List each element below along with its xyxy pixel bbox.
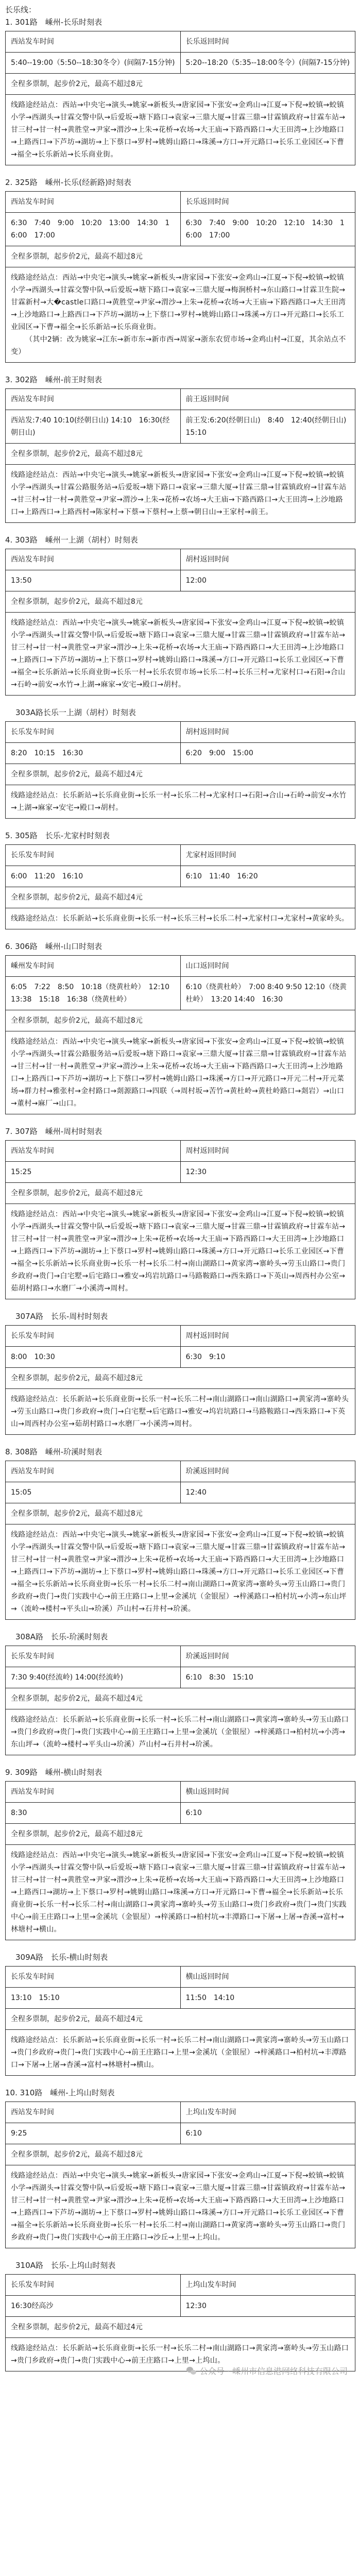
departure-header: 西站发车时间 bbox=[6, 192, 181, 213]
times-row: 西站发:7:40 10:10(经朝日山) 14:10 16:30(经朝日山) 前… bbox=[6, 410, 355, 444]
departure-header: 西站发车时间 bbox=[6, 1461, 181, 1482]
route-section-6: 5. 305路 长乐-尤家村时刻表 长乐发车时间 尤家村返回时间 6:00 11… bbox=[5, 830, 354, 929]
fare-row: 全程多票制，起步价2元，最高不超过8元 bbox=[6, 1183, 355, 1204]
stops-row: 线路途经站点：西站→中央宅→演头→姚家→新板头→唐家园→下张安→金鸡山→江夏→下… bbox=[6, 1031, 355, 1114]
return-header: 横山返回时间 bbox=[180, 1967, 355, 1988]
route-note: （其中2辆：改为姚家→江东→新市东→新市西→周家→浙东农贸市场→金鸡山村→江夏，… bbox=[11, 333, 350, 358]
route-stops: 线路途经站点：长乐新站→长乐商业街→长乐一村→长乐二村→南山湖路口→南山湖路口→… bbox=[6, 1389, 355, 1435]
stops-row: 线路途经站点：西站→中央宅→演头→姚家→新板头→唐家园→下张安→金鸡山→江夏→下… bbox=[6, 613, 355, 696]
departure-times: 西站发:7:40 10:10(经朝日山) 14:10 16:30(经朝日山) bbox=[6, 410, 181, 444]
fare-info: 全程多票制，起步价2元，最高不超过4元 bbox=[6, 887, 355, 908]
route-stops: 线路途经站点：西站→中央宅→演头→姚家→新板头→唐家园→下张安→金鸡山→江夏→下… bbox=[6, 95, 355, 165]
route-title: 7. 307路 嵊州-周村时刻表 bbox=[5, 1126, 354, 1137]
route-section-1: 1. 301路 嵊州-长乐时刻表 西站发车时间 长乐返回时间 5:40--19:… bbox=[5, 16, 354, 165]
route-stops: 线路途经站点：长乐新站→长乐商业街→长乐一村→长乐二村→南山湖路口→黄家湾→寨岭… bbox=[6, 2030, 355, 2076]
stops-row: 线路途经站点：西站→中央宅→演头→姚家→新板头→唐家园→下张安→金鸡山→江夏→下… bbox=[6, 267, 355, 363]
stops-row: 线路途经站点：西站→中央宅→演头→姚家→新板头→唐家园→下张安→金鸡山→江夏→下… bbox=[6, 465, 355, 523]
departure-header: 长乐发车时间 bbox=[6, 1967, 181, 1988]
stops-row: 线路途经站点：长乐新站→长乐商业街→长乐一村→长乐二村→南山湖路口→黄家湾→寨岭… bbox=[6, 2030, 355, 2076]
times-row: 15:25 12:30 bbox=[6, 1162, 355, 1183]
route-stops: 线路途经站点：长乐新站→长乐商业街→长乐一村→长乐二村→尤家村口→石阳→合山→石… bbox=[6, 785, 355, 819]
fare-row: 全程多票制，起步价2元，最高不超过4元 bbox=[6, 2317, 355, 2338]
departure-times: 8:20 10:15 16:30 bbox=[6, 743, 181, 764]
timetable: 西站发车时间 横山返回时间 8:30 6:10 全程多票制，起步价2元，最高不超… bbox=[5, 1781, 355, 1940]
departure-header: 长乐发车时间 bbox=[6, 1646, 181, 1667]
stops-row: 线路途经站点：西站→中央宅→演头→姚家→新板头→唐家园→下张安→金鸡山→江夏→下… bbox=[6, 95, 355, 165]
fare-info: 全程多票制，起步价2元，最高不超过8元 bbox=[6, 2144, 355, 2165]
departure-times: 7:30 9:40(经流岭) 14:00(经流岭) bbox=[6, 1667, 181, 1688]
route-section-10: 8. 308路 嵊州-玠溪时刻表 西站发车时间 玠溪返回时间 15:05 12:… bbox=[5, 1446, 354, 1620]
fare-info: 全程多票制，起步价2元，最高不超过4元 bbox=[6, 2317, 355, 2338]
departure-times: 6:30 7:40 9:00 10:20 13:00 14:30 16:00 1… bbox=[6, 213, 181, 246]
times-row: 8:00 10:30 6:30 9:10 bbox=[6, 1347, 355, 1368]
route-section-2: 2. 325路 嵊州-长乐(经新路)时刻表 西站发车时间 长乐返回时间 6:30… bbox=[5, 177, 354, 363]
route-title: 1. 301路 嵊州-长乐时刻表 bbox=[5, 16, 354, 28]
departure-times: 9:25 bbox=[6, 2123, 181, 2144]
departure-header: 西站发车时间 bbox=[6, 1782, 181, 1803]
fare-info: 全程多票制，起步价2元，最高不超过4元 bbox=[6, 1688, 355, 1709]
return-times: 6:10 8:30 15:10 bbox=[180, 1667, 355, 1688]
fare-info: 全程多票制，起步价2元，最高不超过8元 bbox=[6, 1010, 355, 1031]
return-times: 5:20--18:20（5:35--18:00冬令）(间隔7-15分钟) bbox=[180, 53, 355, 74]
departure-times: 6:05 7:22 8:50 10:18（绕黄杜岭） 12:10 13:38 1… bbox=[6, 977, 181, 1010]
departure-times: 5:40--19:00（5:50--18:30冬令）(间隔7-15分钟) bbox=[6, 53, 181, 74]
times-row: 16:30经高沙 12:30 bbox=[6, 2296, 355, 2317]
return-times: 12:30 bbox=[180, 1162, 355, 1183]
route-section-5: 303A路长乐一上湖（胡村）时刻表 长乐发车时间 胡村返回时间 8:20 10:… bbox=[5, 707, 354, 819]
return-header: 横山返回时间 bbox=[180, 1782, 355, 1803]
return-header: 上坞山发车时间 bbox=[180, 2275, 355, 2296]
fare-info: 全程多票制，起步价2元，最高不超过8元 bbox=[6, 74, 355, 95]
route-stops: 线路途经站点：长乐新站→长乐商业街→长乐一村→长乐二村→南山湖路口→黄家湾→寨岭… bbox=[6, 1709, 355, 1755]
departure-times: 13:50 bbox=[6, 570, 181, 591]
departure-header: 西站发车时间 bbox=[6, 1141, 181, 1162]
fare-info: 全程多票制，起步价2元，最高不超过4元 bbox=[6, 764, 355, 785]
stops-row: 线路途经站点：长乐新站→长乐商业街→长乐一村→长乐二村→南山湖路口→南山湖路口→… bbox=[6, 1389, 355, 1435]
fare-row: 全程多票制，起步价2元，最高不超过4元 bbox=[6, 2009, 355, 2030]
fare-row: 全程多票制，起步价2元，最高不超过8元 bbox=[6, 1010, 355, 1031]
timetable: 嵊州发车时间 山口返回时间 6:05 7:22 8:50 10:18（绕黄杜岭）… bbox=[5, 955, 355, 1114]
fare-row: 全程多票制，起步价2元，最高不超过8元 bbox=[6, 591, 355, 613]
times-row: 6:30 7:40 9:00 10:20 13:00 14:30 16:00 1… bbox=[6, 213, 355, 246]
route-title: 4. 303路 嵊州一上湖（胡村）时刻表 bbox=[5, 534, 354, 546]
route-title: 303A路长乐一上湖（胡村）时刻表 bbox=[5, 707, 354, 718]
stops-row: 线路途经站点：西站→中央宅→演头→姚家→新板头→唐家园→下张安→金鸡山→江夏→下… bbox=[6, 1845, 355, 1940]
route-list: 1. 301路 嵊州-长乐时刻表 西站发车时间 长乐返回时间 5:40--19:… bbox=[5, 16, 354, 2371]
route-stops: 线路途经站点：西站→中央宅→演头→姚家→新板头→唐家园→下张安→金鸡山→江夏→下… bbox=[6, 1845, 355, 1940]
fare-info: 全程多票制，起步价2元，最高不超过8元 bbox=[6, 591, 355, 613]
header-row: 长乐发车时间 尤家村返回时间 bbox=[6, 845, 355, 866]
return-header: 胡村返回时间 bbox=[180, 549, 355, 570]
fare-row: 全程多票制，起步价2元，最高不超过8元 bbox=[6, 1368, 355, 1389]
return-header: 玠溪返回时间 bbox=[180, 1461, 355, 1482]
stops-text: 线路途经站点：西站→中央宅→演头→姚家→新板头→唐家园→下张安→金鸡山→江夏→下… bbox=[11, 1851, 347, 1934]
departure-times: 16:30经高沙 bbox=[6, 2296, 181, 2317]
fare-info: 全程多票制，起步价2元，最高不超过8元 bbox=[6, 1824, 355, 1845]
header-row: 西站发车时间 长乐返回时间 bbox=[6, 31, 355, 53]
stops-row: 线路途经站点：西站→中央宅→演头→姚家→新板头→唐家园→下张安→金鸡山→江夏→下… bbox=[6, 1204, 355, 1299]
times-row: 9:25 6:10 bbox=[6, 2123, 355, 2144]
header-row: 长乐发车时间 横山返回时间 bbox=[6, 1967, 355, 1988]
stops-text: 线路途经站点：西站→中央宅→演头→姚家→新板头→唐家园→下张安→金鸡山→江夏→下… bbox=[11, 1038, 347, 1108]
stops-row: 线路途经站点：长乐新站→长乐商业街→长乐一村→长乐二村→尤家村口→石阳→合山→石… bbox=[6, 785, 355, 819]
departure-times: 8:30 bbox=[6, 1803, 181, 1824]
route-stops: 线路途经站点：西站→中央宅→演头→姚家→新板头→唐家园→下张安→金鸡山→江夏→下… bbox=[6, 2165, 355, 2248]
route-section-15: 310A路 长乐-上坞山时刻表 长乐发车时间 上坞山发车时间 16:30经高沙 … bbox=[5, 2260, 354, 2371]
timetable: 长乐发车时间 尤家村返回时间 6:00 11:20 16:10 6:10 11:… bbox=[5, 844, 355, 929]
times-row: 6:00 11:20 16:10 6:10 11:40 16:20 bbox=[6, 866, 355, 887]
fare-info: 全程多票制，起步价2元，最高不超过8元 bbox=[6, 444, 355, 465]
header-row: 长乐发车时间 玠溪返回时间 bbox=[6, 1646, 355, 1667]
route-stops: 线路途经站点：西站→中央宅→演头→姚家→新板头→唐家园→下张安→金鸡山→江夏→下… bbox=[6, 1204, 355, 1299]
times-row: 13:10 15:10 11:50 14:10 bbox=[6, 1988, 355, 2009]
return-times: 6:10（绕黄杜岭） 7:00 8:40 9:50 12:10（绕黄杜岭） 13… bbox=[180, 977, 355, 1010]
stops-text: 线路途经站点：长乐新站→长乐商业街→长乐一村→长乐二村→南山湖路口→黄家湾→寨岭… bbox=[11, 2344, 349, 2365]
times-row: 8:30 6:10 bbox=[6, 1803, 355, 1824]
stops-text: 线路途经站点：长乐新站→长乐商业街→长乐一村→长乐二村→南山湖路口→南山湖路口→… bbox=[11, 1395, 349, 1428]
stops-row: 线路途经站点：西站→中央宅→演头→姚家→新板头→唐家园→下张安→金鸡山→江夏→下… bbox=[6, 2165, 355, 2248]
fare-info: 全程多票制，起步价2元，最高不超过8元 bbox=[6, 1503, 355, 1524]
header-row: 西站发车时间 玠溪返回时间 bbox=[6, 1461, 355, 1482]
stops-text: 线路途经站点：长乐新站→长乐商业街→长乐一村→长乐二村→尤家村口→石阳→合山→石… bbox=[11, 791, 347, 812]
route-section-4: 4. 303路 嵊州一上湖（胡村）时刻表 西站发车时间 胡村返回时间 13:50… bbox=[5, 534, 354, 696]
route-section-7: 6. 306路 嵊州-山口时刻表 嵊州发车时间 山口返回时间 6:05 7:22… bbox=[5, 941, 354, 1114]
route-stops: 线路途经站点：西站→中央宅→演头→姚家→新板头→唐家园→下张安→金鸡山→江夏→下… bbox=[6, 267, 355, 363]
route-stops: 线路途经站点：西站→中央宅→演头→姚家→新板头→唐家园→下张安→金鸡山→江夏→下… bbox=[6, 465, 355, 523]
fare-info: 全程多票制，起步价2元，最高不超过4元 bbox=[6, 2009, 355, 2030]
route-section-14: 10. 310路 嵊州-上坞山时刻表 西站发车时间 上坞山发车时间 9:25 6… bbox=[5, 2087, 354, 2248]
departure-header: 长乐发车时间 bbox=[6, 722, 181, 743]
route-title: 3. 302路 嵊州-前王时刻表 bbox=[5, 374, 354, 385]
departure-times: 6:00 11:20 16:10 bbox=[6, 866, 181, 887]
times-row: 8:20 10:15 16:30 6:20 9:00 15:00 bbox=[6, 743, 355, 764]
timetable: 西站发车时间 长乐返回时间 5:40--19:00（5:50--18:30冬令）… bbox=[5, 31, 355, 165]
departure-header: 西站发车时间 bbox=[6, 2102, 181, 2123]
return-header: 长乐返回时间 bbox=[180, 31, 355, 53]
header-row: 嵊州发车时间 山口返回时间 bbox=[6, 956, 355, 977]
section-heading: 长乐线： bbox=[5, 4, 354, 15]
route-section-13: 309A路 长乐-横山时刻表 长乐发车时间 横山返回时间 13:10 15:10… bbox=[5, 1952, 354, 2076]
departure-header: 西站发车时间 bbox=[6, 549, 181, 570]
route-stops: 线路途经站点：西站→中央宅→演头→姚家→新板头→唐家园→下张安→金鸡山→江夏→下… bbox=[6, 613, 355, 696]
route-title: 6. 306路 嵊州-山口时刻表 bbox=[5, 941, 354, 952]
return-times: 11:50 14:10 bbox=[180, 1988, 355, 2009]
return-times: 12:30 bbox=[180, 2296, 355, 2317]
header-row: 长乐发车时间 胡村返回时间 bbox=[6, 722, 355, 743]
return-times: 6:10 bbox=[180, 2123, 355, 2144]
stops-text: 线路途经站点：西站→中央宅→演头→姚家→新板头→唐家园→下张安→金鸡山→江夏→下… bbox=[11, 101, 345, 159]
route-section-3: 3. 302路 嵊州-前王时刻表 西站发车时间 前王返回时间 西站发:7:40 … bbox=[5, 374, 354, 523]
stops-text: 线路途经站点：西站→中央宅→演头→姚家→新板头→唐家园→下张安→金鸡山→江夏→下… bbox=[11, 274, 346, 331]
return-header: 胡村返回时间 bbox=[180, 722, 355, 743]
times-row: 5:40--19:00（5:50--18:30冬令）(间隔7-15分钟) 5:2… bbox=[6, 53, 355, 74]
fare-row: 全程多票制，起步价2元，最高不超过4元 bbox=[6, 764, 355, 785]
stops-row: 线路途经站点：西站→中央宅→演头→姚家→新板头→唐家园→下张安→金鸡山→江夏→下… bbox=[6, 1524, 355, 1620]
fare-row: 全程多票制，起步价2元，最高不超过8元 bbox=[6, 1503, 355, 1524]
stops-text: 线路途经站点：西站→中央宅→演头→姚家→新板头→唐家园→下张安→金鸡山→江夏→下… bbox=[11, 1531, 347, 1613]
header-row: 长乐发车时间 上坞山发车时间 bbox=[6, 2275, 355, 2296]
route-title: 308A路 长乐-玠溪时刻表 bbox=[5, 1631, 354, 1642]
departure-header: 长乐发车时间 bbox=[6, 845, 181, 866]
departure-times: 15:25 bbox=[6, 1162, 181, 1183]
header-row: 西站发车时间 周村返回时间 bbox=[6, 1141, 355, 1162]
route-stops: 线路途经站点：西站→中央宅→演头→姚家→新板头→唐家园→下张安→金鸡山→江夏→下… bbox=[6, 1031, 355, 1114]
route-section-12: 9. 309路 嵊州-横山时刻表 西站发车时间 横山返回时间 8:30 6:10… bbox=[5, 1767, 354, 1940]
timetable: 长乐发车时间 上坞山发车时间 16:30经高沙 12:30 全程多票制，起步价2… bbox=[5, 2274, 355, 2371]
route-title: 310A路 长乐-上坞山时刻表 bbox=[5, 2260, 354, 2271]
timetable: 西站发车时间 长乐返回时间 6:30 7:40 9:00 10:20 13:00… bbox=[5, 191, 355, 363]
return-times: 6:20 9:00 15:00 bbox=[180, 743, 355, 764]
fare-row: 全程多票制，起步价2元，最高不超过8元 bbox=[6, 1824, 355, 1845]
stops-row: 线路途经站点：长乐新站→长乐商业街→长乐一村→长乐二村→南山湖路口→黄家湾→寨岭… bbox=[6, 1709, 355, 1755]
watermark-text: 公众号 · 嵊州市信息港网络科技有限公司 bbox=[200, 2365, 348, 2377]
route-title: 9. 309路 嵊州-横山时刻表 bbox=[5, 1767, 354, 1778]
wechat-icon bbox=[186, 2367, 197, 2375]
route-section-8: 7. 307路 嵊州-周村时刻表 西站发车时间 周村返回时间 15:25 12:… bbox=[5, 1126, 354, 1299]
route-title: 8. 308路 嵊州-玠溪时刻表 bbox=[5, 1446, 354, 1458]
times-row: 6:05 7:22 8:50 10:18（绕黄杜岭） 12:10 13:38 1… bbox=[6, 977, 355, 1010]
watermark: 公众号 · 嵊州市信息港网络科技有限公司 bbox=[186, 2365, 348, 2377]
fare-row: 全程多票制，起步价2元，最高不超过8元 bbox=[6, 246, 355, 267]
fare-row: 全程多票制，起步价2元，最高不超过4元 bbox=[6, 887, 355, 908]
bus-timetable-document: 长乐线： 1. 301路 嵊州-长乐时刻表 西站发车时间 长乐返回时间 5:40… bbox=[0, 0, 359, 2388]
timetable: 长乐发车时间 胡村返回时间 8:20 10:15 16:30 6:20 9:00… bbox=[5, 721, 355, 819]
route-section-11: 308A路 长乐-玠溪时刻表 长乐发车时间 玠溪返回时间 7:30 9:40(经… bbox=[5, 1631, 354, 1755]
route-stops: 线路途经站点：长乐新站→长乐商业街→长乐一村→长乐三村→长乐二村→尤家村口→尤家… bbox=[6, 908, 355, 929]
stops-text: 线路途经站点：西站→中央宅→演头→姚家→新板头→唐家园→下张安→金鸡山→江夏→下… bbox=[11, 471, 347, 516]
return-times: 6:30 9:10 bbox=[180, 1347, 355, 1368]
return-times: 前王发:6:20(经朝日山) 8:40 12:40(经朝日山) 15:10 bbox=[180, 410, 355, 444]
route-title: 10. 310路 嵊州-上坞山时刻表 bbox=[5, 2087, 354, 2098]
departure-times: 8:00 10:30 bbox=[6, 1347, 181, 1368]
times-row: 13:50 12:00 bbox=[6, 570, 355, 591]
timetable: 西站发车时间 胡村返回时间 13:50 12:00 全程多票制，起步价2元，最高… bbox=[5, 549, 355, 696]
departure-times: 13:10 15:10 bbox=[6, 1988, 181, 2009]
departure-header: 西站发车时间 bbox=[6, 31, 181, 53]
header-row: 西站发车时间 上坞山发车时间 bbox=[6, 2102, 355, 2123]
stops-text: 线路途经站点：西站→中央宅→演头→姚家→新板头→唐家园→下张安→金鸡山→江夏→下… bbox=[11, 2172, 345, 2242]
return-header: 尤家村返回时间 bbox=[180, 845, 355, 866]
return-header: 玠溪返回时间 bbox=[180, 1646, 355, 1667]
return-header: 周村返回时间 bbox=[180, 1141, 355, 1162]
departure-header: 长乐发车时间 bbox=[6, 2275, 181, 2296]
timetable: 西站发车时间 上坞山发车时间 9:25 6:10 全程多票制，起步价2元，最高不… bbox=[5, 2102, 355, 2248]
header-row: 西站发车时间 胡村返回时间 bbox=[6, 549, 355, 570]
stops-text: 线路途经站点：长乐新站→长乐商业街→长乐一村→长乐二村→南山湖路口→黄家湾→寨岭… bbox=[11, 1716, 349, 1749]
departure-header: 嵊州发车时间 bbox=[6, 956, 181, 977]
timetable: 长乐发车时间 玠溪返回时间 7:30 9:40(经流岭) 14:00(经流岭) … bbox=[5, 1646, 355, 1755]
fare-info: 全程多票制，起步价2元，最高不超过8元 bbox=[6, 246, 355, 267]
timetable: 西站发车时间 玠溪返回时间 15:05 12:40 全程多票制，起步价2元，最高… bbox=[5, 1461, 355, 1620]
return-times: 6:10 bbox=[180, 1803, 355, 1824]
return-header: 前王返回时间 bbox=[180, 389, 355, 410]
fare-row: 全程多票制，起步价2元，最高不超过8元 bbox=[6, 2144, 355, 2165]
timetable: 西站发车时间 前王返回时间 西站发:7:40 10:10(经朝日山) 14:10… bbox=[5, 388, 355, 523]
header-row: 西站发车时间 长乐返回时间 bbox=[6, 192, 355, 213]
timetable: 长乐发车时间 横山返回时间 13:10 15:10 11:50 14:10 全程… bbox=[5, 1966, 355, 2076]
timetable: 西站发车时间 周村返回时间 15:25 12:30 全程多票制，起步价2元，最高… bbox=[5, 1140, 355, 1299]
stops-text: 线路途经站点：长乐新站→长乐商业街→长乐一村→长乐二村→南山湖路口→黄家湾→寨岭… bbox=[11, 2036, 349, 2069]
route-title: 2. 325路 嵊州-长乐(经新路)时刻表 bbox=[5, 177, 354, 188]
header-row: 西站发车时间 横山返回时间 bbox=[6, 1782, 355, 1803]
header-row: 长乐发车时间 周村返回时间 bbox=[6, 1326, 355, 1347]
return-times: 12:40 bbox=[180, 1482, 355, 1503]
return-header: 周村返回时间 bbox=[180, 1326, 355, 1347]
route-stops: 线路途经站点：西站→中央宅→演头→姚家→新板头→唐家园→下张安→金鸡山→江夏→下… bbox=[6, 1524, 355, 1620]
route-title: 5. 305路 长乐-尤家村时刻表 bbox=[5, 830, 354, 841]
fare-row: 全程多票制，起步价2元，最高不超过4元 bbox=[6, 1688, 355, 1709]
stops-text: 线路途经站点：长乐新站→长乐商业街→长乐一村→长乐三村→长乐二村→尤家村口→尤家… bbox=[11, 914, 349, 923]
stops-text: 线路途经站点：西站→中央宅→演头→姚家→新板头→唐家园→下张安→金鸡山→江夏→下… bbox=[11, 619, 345, 689]
fare-row: 全程多票制，起步价2元，最高不超过8元 bbox=[6, 74, 355, 95]
return-header: 上坞山发车时间 bbox=[180, 2102, 355, 2123]
departure-header: 长乐发车时间 bbox=[6, 1326, 181, 1347]
fare-info: 全程多票制，起步价2元，最高不超过8元 bbox=[6, 1368, 355, 1389]
return-times: 6:30 7:40 9:00 10:20 12:10 14:30 16:00 1… bbox=[180, 213, 355, 246]
departure-header: 西站发车时间 bbox=[6, 389, 181, 410]
return-times: 6:10 11:40 16:20 bbox=[180, 866, 355, 887]
return-header: 山口返回时间 bbox=[180, 956, 355, 977]
return-times: 12:00 bbox=[180, 570, 355, 591]
header-row: 西站发车时间 前王返回时间 bbox=[6, 389, 355, 410]
route-title: 309A路 长乐-横山时刻表 bbox=[5, 1952, 354, 1963]
fare-info: 全程多票制，起步价2元，最高不超过8元 bbox=[6, 1183, 355, 1204]
fare-row: 全程多票制，起步价2元，最高不超过8元 bbox=[6, 444, 355, 465]
departure-times: 15:05 bbox=[6, 1482, 181, 1503]
times-row: 15:05 12:40 bbox=[6, 1482, 355, 1503]
route-section-9: 307A路 长乐-周村时刻表 长乐发车时间 周村返回时间 8:00 10:30 … bbox=[5, 1311, 354, 1435]
route-title: 307A路 长乐-周村时刻表 bbox=[5, 1311, 354, 1322]
return-header: 长乐返回时间 bbox=[180, 192, 355, 213]
times-row: 7:30 9:40(经流岭) 14:00(经流岭) 6:10 8:30 15:1… bbox=[6, 1667, 355, 1688]
stops-row: 线路途经站点：长乐新站→长乐商业街→长乐一村→长乐三村→长乐二村→尤家村口→尤家… bbox=[6, 908, 355, 929]
stops-text: 线路途经站点：西站→中央宅→演头→姚家→新板头→唐家园→下张安→金鸡山→江夏→下… bbox=[11, 1210, 345, 1293]
timetable: 长乐发车时间 周村返回时间 8:00 10:30 6:30 9:10 全程多票制… bbox=[5, 1325, 355, 1435]
